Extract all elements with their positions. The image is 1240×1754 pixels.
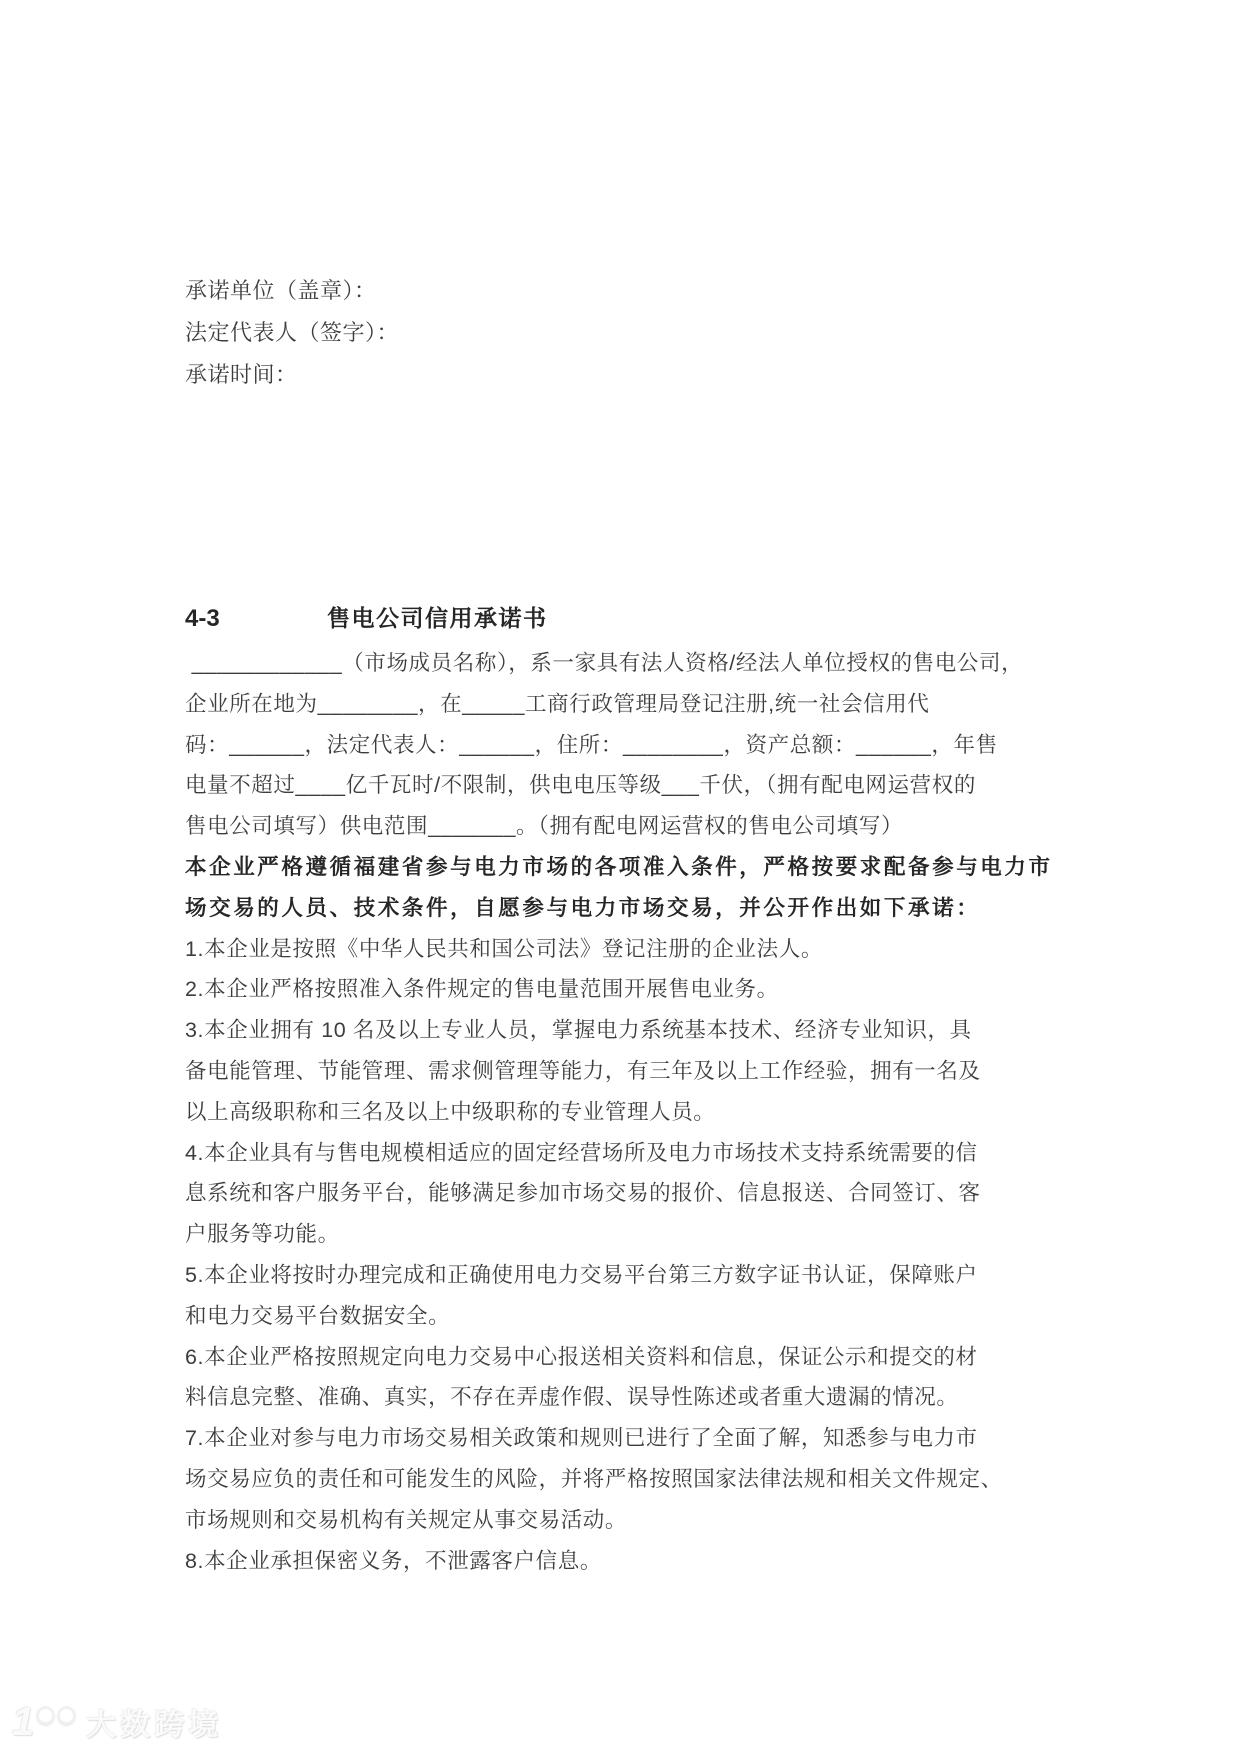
logo-digit: 1	[12, 1704, 34, 1740]
section-heading: 4-3 售电公司信用承诺书	[185, 600, 548, 633]
body-line: 码：______，法定代表人：______，住所：________，资产总额：_…	[185, 725, 1115, 766]
body-line: 以上高级职称和三名及以上中级职称的专业管理人员。	[185, 1092, 1115, 1133]
watermark: 1 大数跨境	[12, 1700, 222, 1744]
body-line: 6.本企业严格按照规定向电力交易中心报送相关资料和信息，保证公示和提交的材	[185, 1337, 1115, 1378]
document-body: ____________（市场成员名称），系一家具有法人资格/经法人单位授权的售…	[185, 643, 1115, 1581]
body-line: 5.本企业将按时办理完成和正确使用电力交易平台第三方数字证书认证，保障账户	[185, 1255, 1115, 1296]
body-line: 电量不超过____亿千瓦时/不限制，供电电压等级___千伏，（拥有配电网运营权的	[185, 765, 1115, 806]
body-line: 和电力交易平台数据安全。	[185, 1296, 1115, 1337]
signature-line: 法定代表人（签字）：	[185, 312, 399, 354]
signature-block: 承诺单位（盖章）：法定代表人（签字）：承诺时间：	[185, 270, 399, 396]
body-line: 8.本企业承担保密义务，不泄露客户信息。	[185, 1541, 1115, 1582]
signature-line: 承诺时间：	[185, 354, 399, 396]
body-line: 售电公司填写）供电范围_______。（拥有配电网运营权的售电公司填写）	[185, 806, 1115, 847]
body-line: 1.本企业是按照《中华人民共和国公司法》登记注册的企业法人。	[185, 929, 1115, 970]
body-line: 场交易应负的责任和可能发生的风险，并将严格按照国家法律法规和相关文件规定、	[185, 1459, 1115, 1500]
body-line: 4.本企业具有与售电规模相适应的固定经营场所及电力市场技术支持系统需要的信	[185, 1133, 1115, 1174]
dashu-100-logo-icon: 1	[12, 1704, 76, 1740]
body-line: ____________（市场成员名称），系一家具有法人资格/经法人单位授权的售…	[185, 643, 1115, 684]
body-line: 户服务等功能。	[185, 1214, 1115, 1255]
watermark-brand-text: 大数跨境	[86, 1700, 222, 1744]
body-line: 2.本企业严格按照准入条件规定的售电量范围开展售电业务。	[185, 969, 1115, 1010]
body-line: 企业所在地为________，在_____工商行政管理局登记注册,统一社会信用代	[185, 684, 1115, 725]
section-number: 4-3	[185, 605, 327, 633]
signature-line: 承诺单位（盖章）：	[185, 270, 399, 312]
body-line-bold: 本企业严格遵循福建省参与电力市场的各项准入条件，严格按要求配备参与电力市	[185, 847, 1115, 888]
body-line: 市场规则和交易机构有关规定从事交易活动。	[185, 1500, 1115, 1541]
body-line: 7.本企业对参与电力市场交易相关政策和规则已进行了全面了解，知悉参与电力市	[185, 1418, 1115, 1459]
body-line: 备电能管理、节能管理、需求侧管理等能力，有三年及以上工作经验，拥有一名及	[185, 1051, 1115, 1092]
body-line: 3.本企业拥有 10 名及以上专业人员，掌握电力系统基本技术、经济专业知识，具	[185, 1010, 1115, 1051]
body-line: 料信息完整、准确、真实，不存在弄虚作假、误导性陈述或者重大遗漏的情况。	[185, 1377, 1115, 1418]
body-line: 息系统和客户服务平台，能够满足参加市场交易的报价、信息报送、合同签订、客	[185, 1173, 1115, 1214]
section-title: 售电公司信用承诺书	[327, 600, 548, 633]
logo-rings-icon	[36, 1706, 76, 1725]
document-page: 承诺单位（盖章）：法定代表人（签字）：承诺时间： 4-3 售电公司信用承诺书 _…	[0, 0, 1240, 1754]
body-line-bold: 场交易的人员、技术条件，自愿参与电力市场交易，并公开作出如下承诺：	[185, 888, 1115, 929]
